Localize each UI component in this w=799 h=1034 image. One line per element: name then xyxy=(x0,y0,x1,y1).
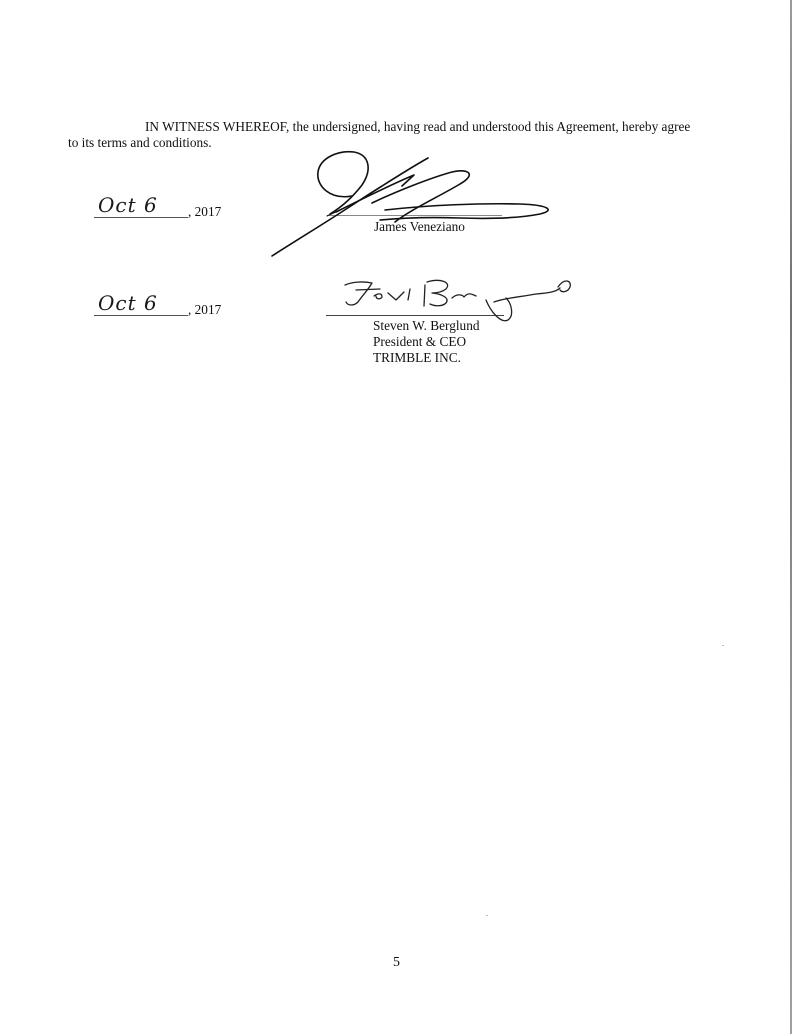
signature-date-1: Oct 6 , 2017 xyxy=(94,194,234,218)
witness-paragraph: IN WITNESS WHEREOF, the undersigned, hav… xyxy=(68,119,698,151)
signer-name-1: James Veneziano xyxy=(374,219,465,235)
handwritten-date: Oct 6 xyxy=(98,291,158,315)
signer-block-2: Steven W. Berglund President & CEO TRIMB… xyxy=(373,318,480,366)
scan-speck xyxy=(722,645,724,646)
scan-speck xyxy=(486,915,488,916)
document-page: IN WITNESS WHEREOF, the undersigned, hav… xyxy=(0,0,799,1034)
page-number: 5 xyxy=(393,955,400,971)
handwritten-signatures xyxy=(0,0,799,1034)
signer-company-2: TRIMBLE INC. xyxy=(373,350,480,366)
signer-name-2: Steven W. Berglund xyxy=(373,318,480,334)
date-year: , 2017 xyxy=(188,204,221,220)
signature-line-1 xyxy=(327,215,502,216)
scan-edge-line xyxy=(790,0,792,1034)
handwritten-date: Oct 6 xyxy=(98,193,158,217)
signature-line-2 xyxy=(326,315,504,316)
signature-james-veneziano xyxy=(272,152,548,256)
signature-date-2: Oct 6 , 2017 xyxy=(94,292,234,316)
signer-title-2: President & CEO xyxy=(373,334,480,350)
date-year: , 2017 xyxy=(188,302,221,318)
